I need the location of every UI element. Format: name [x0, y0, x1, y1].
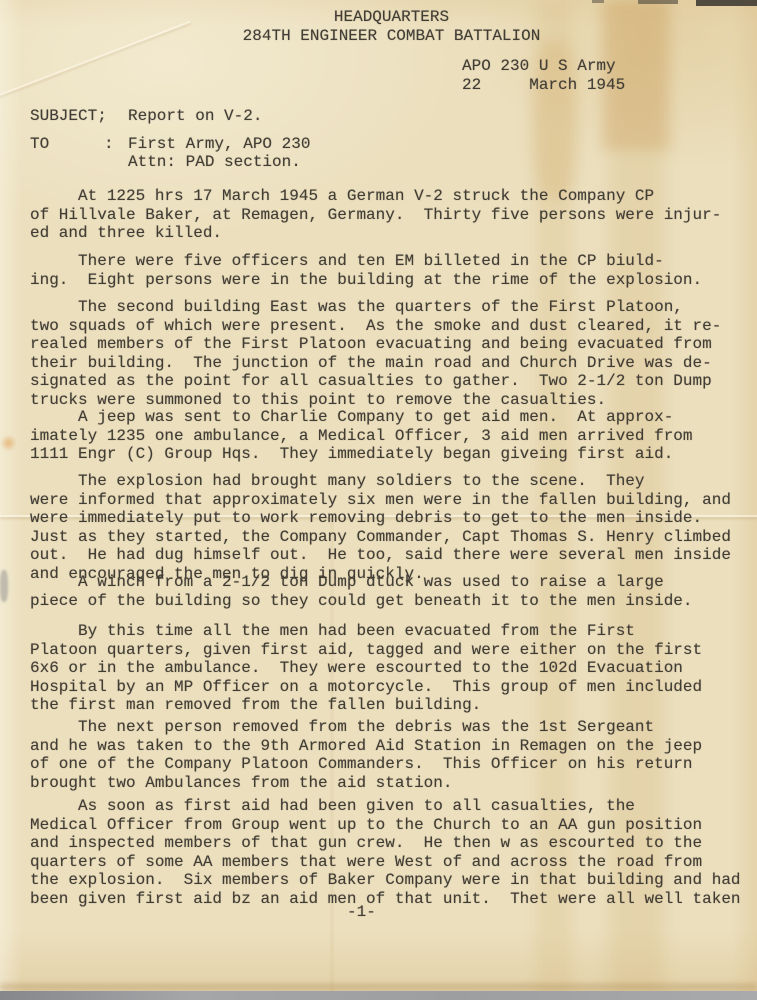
scan-edge-mark-2: [638, 0, 678, 4]
paragraph-5: The explosion had brought many soldiers …: [30, 472, 731, 583]
to-value: First Army, APO 230: [128, 135, 310, 154]
scan-edge-mark-3: [592, 0, 604, 3]
scan-smudge-left: [0, 570, 8, 602]
paragraph-4: A jeep was sent to Charlie Company to ge…: [30, 408, 693, 464]
subject-label: SUBJECT;: [30, 107, 107, 126]
paragraph-9: As soon as first aid had been given to a…: [30, 797, 741, 908]
letterhead-line1: HEADQUARTERS: [0, 8, 757, 27]
paper-spot-stain: [1, 434, 16, 452]
to-label: TO: [30, 135, 49, 154]
letterhead-line2: 284TH ENGINEER COMBAT BATTALION: [0, 27, 757, 46]
subject-value: Report on V-2.: [128, 107, 262, 126]
paragraph-7: By this time all the men had been evacua…: [30, 622, 702, 715]
to-separator: :: [104, 135, 114, 154]
paragraph-8: The next person removed from the debris …: [30, 718, 702, 792]
page-number: -1-: [347, 903, 376, 922]
scan-edge-mark-1: [696, 0, 757, 6]
attn-line: Attn: PAD section.: [128, 153, 301, 172]
scan-bottom-edge: [0, 991, 757, 1000]
date-line: 22 March 1945: [462, 76, 625, 95]
paper-bottom-edge-shadow: [0, 983, 757, 991]
paragraph-1: At 1225 hrs 17 March 1945 a German V-2 s…: [30, 187, 721, 243]
paragraph-2: There were five officers and ten EM bill…: [30, 252, 702, 289]
document-page: HEADQUARTERS 284TH ENGINEER COMBAT BATTA…: [0, 0, 757, 1000]
paragraph-6: A winch from a 2-1/2 ton Dump dtuck was …: [30, 573, 693, 610]
paragraph-3: The second building East was the quarter…: [30, 298, 721, 409]
apo-line: APO 230 U S Army: [462, 57, 616, 76]
